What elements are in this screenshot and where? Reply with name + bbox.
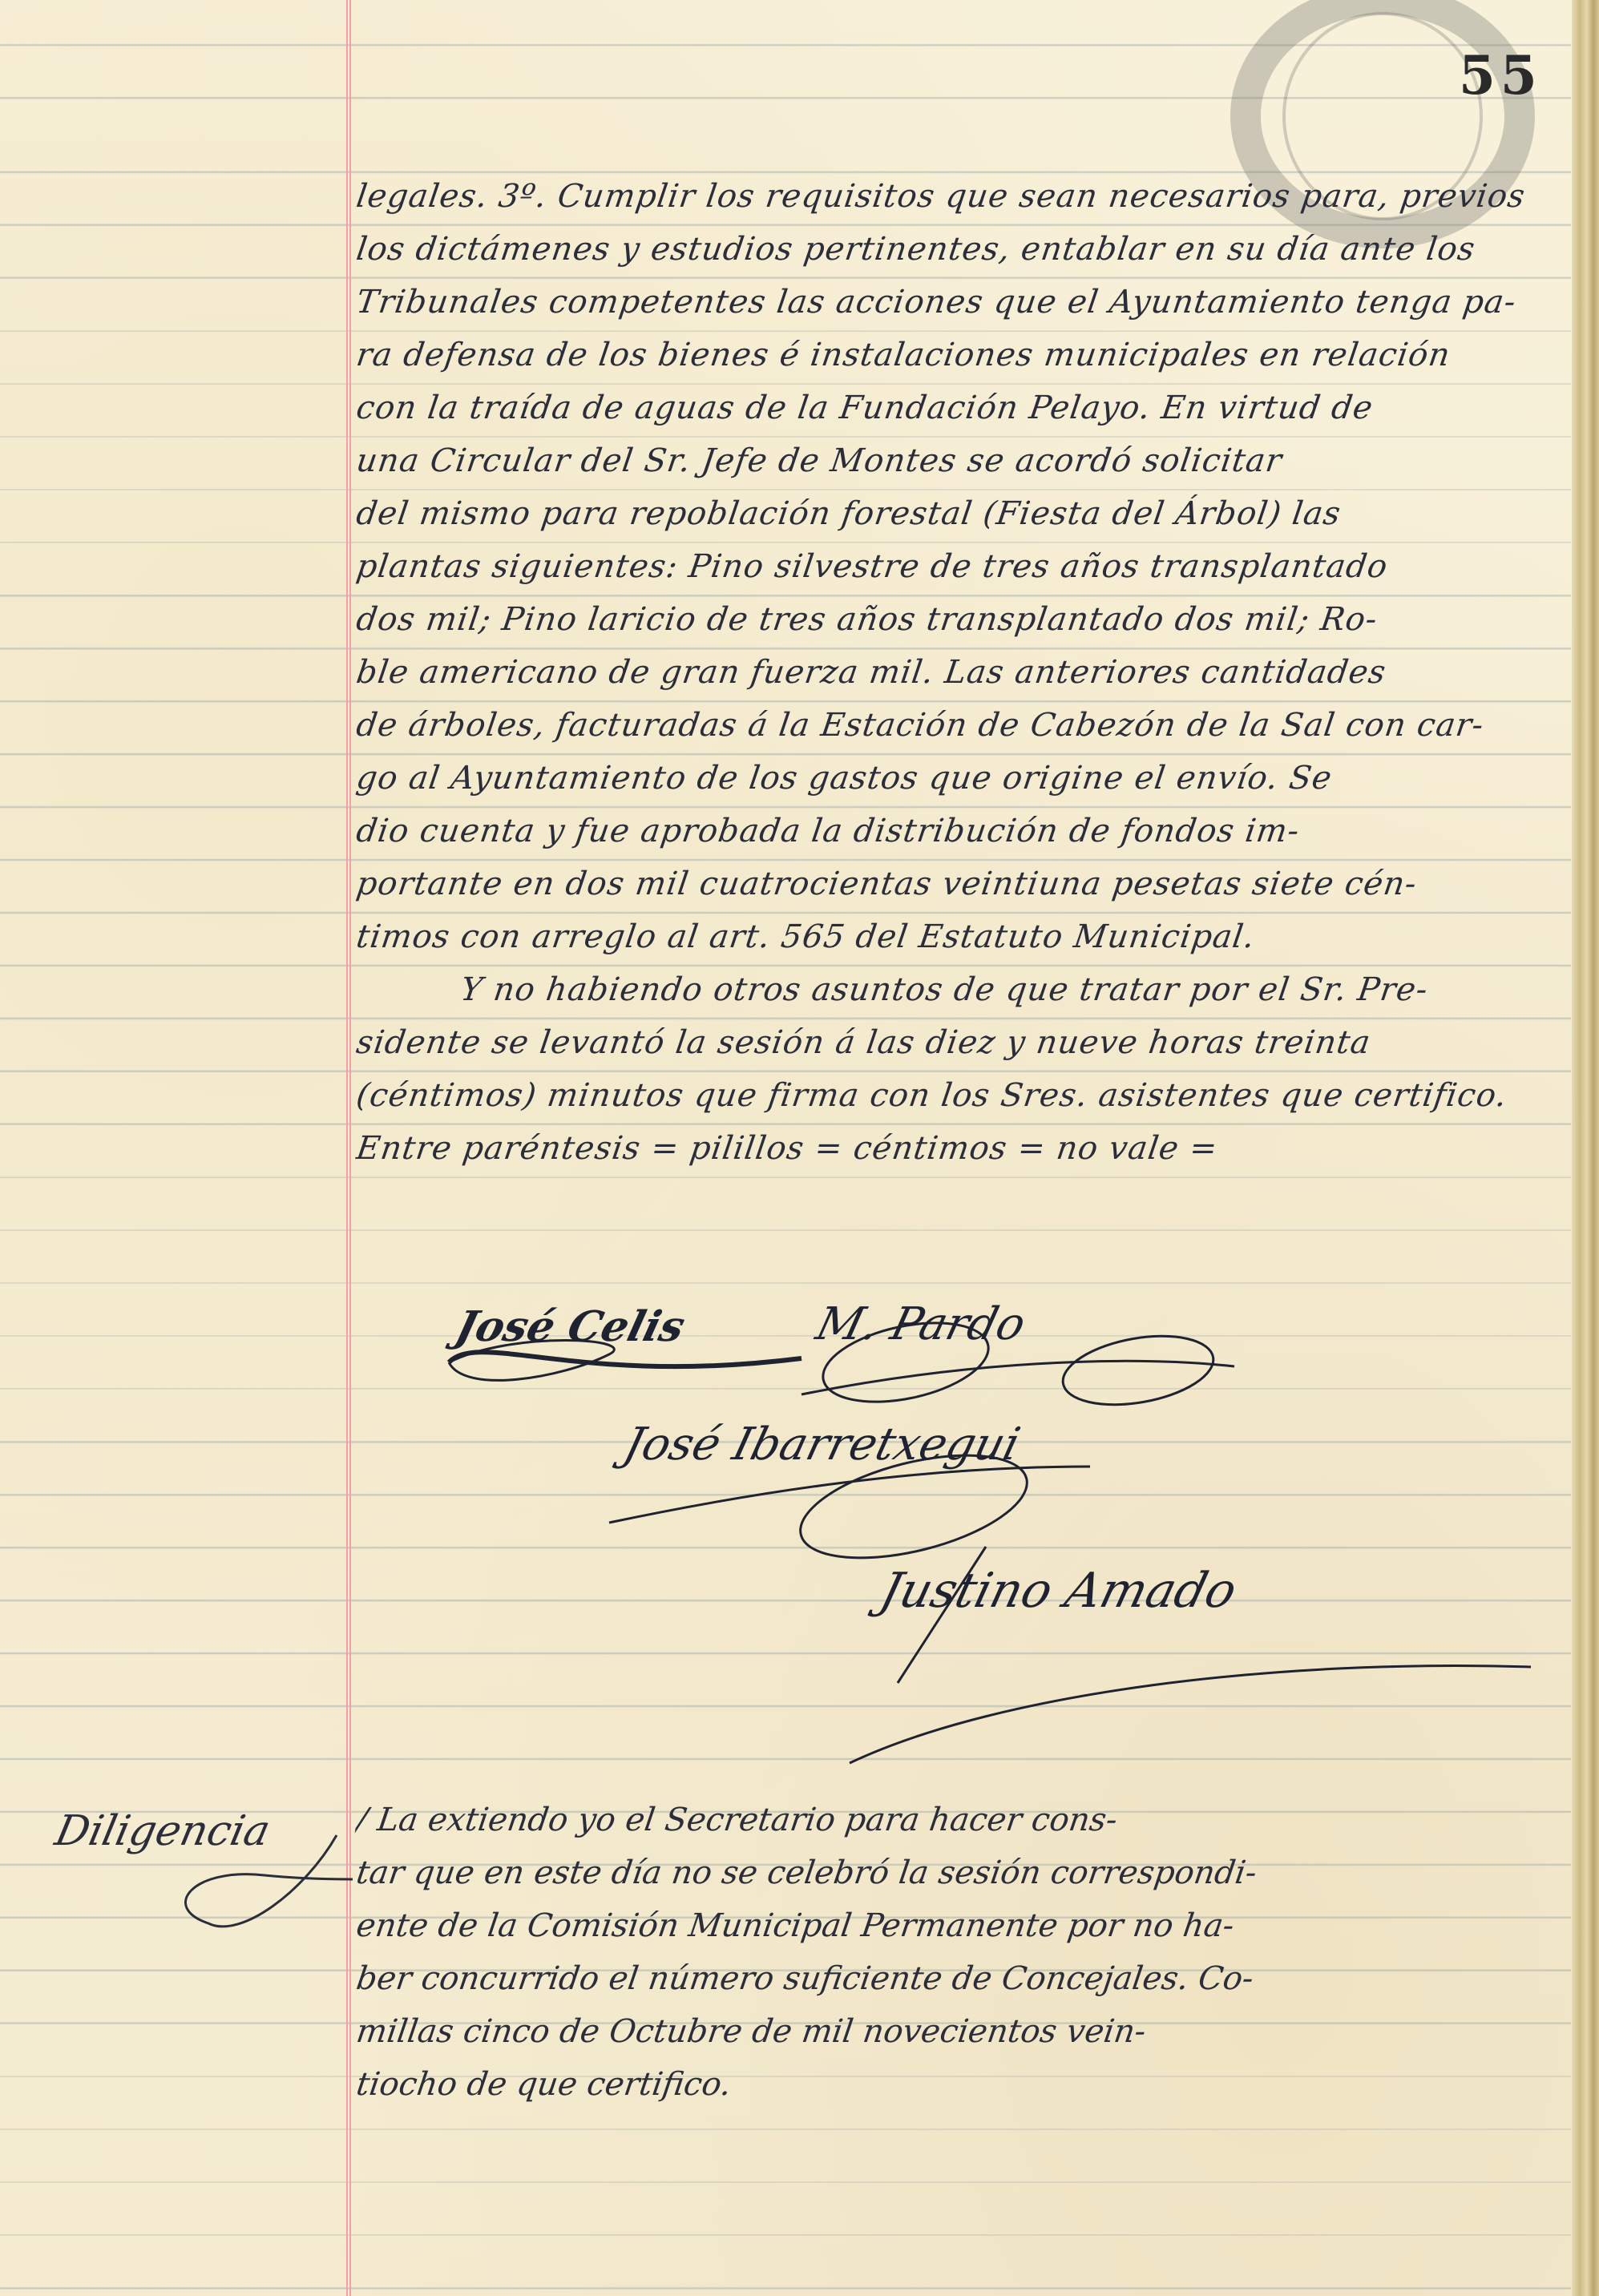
diligencia-line: tiocho de que certifico. [353,2058,1578,2111]
diligencia-line: millas cinco de Octubre de mil novecient… [353,2005,1578,2058]
ledger-page: 55 legales. 3º. Cumplir los requisitos q… [0,0,1599,2296]
diligencia-line: ber concurrido el número suficiente de C… [353,1952,1578,2005]
diligencia-line: ente de la Comisión Municipal Permanente… [353,1899,1578,1952]
diligencia-line: / La extiendo yo el Secretario para hace… [353,1794,1578,1846]
diligencia-line: tar que en este día no se celebró la ses… [353,1846,1578,1899]
diligencia-text: / La extiendo yo el Secretario para hace… [357,1794,1575,2111]
